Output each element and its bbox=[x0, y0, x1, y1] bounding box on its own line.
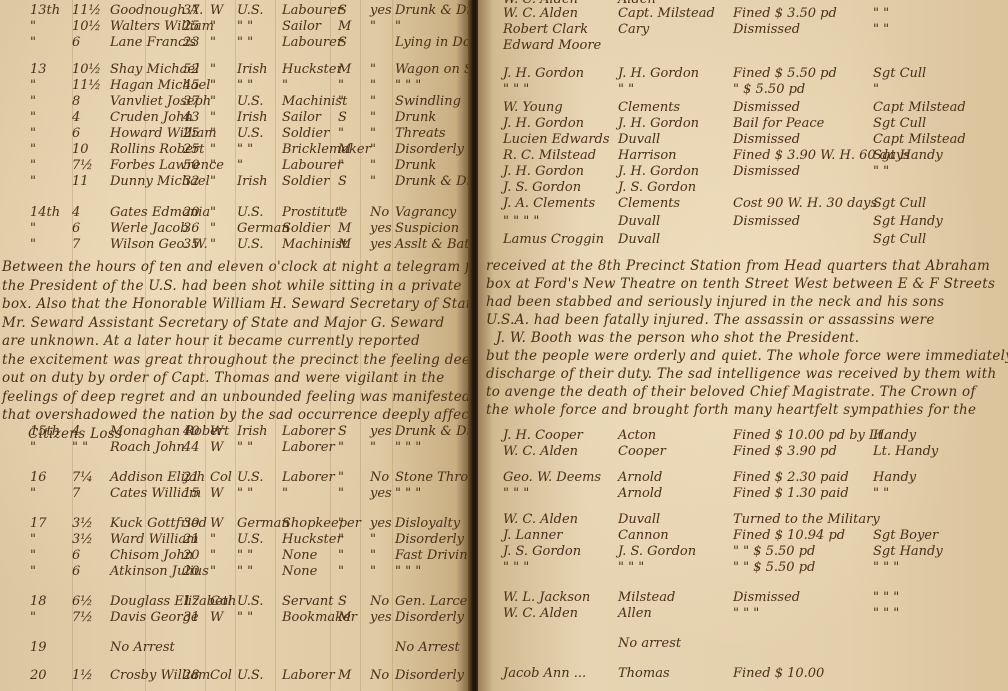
cell-occupation: Labourer bbox=[282, 35, 343, 50]
ledger-row: "8Vanvliet Joseph37"U.S.Machinist""Swind… bbox=[0, 94, 470, 109]
ledger-row: "6Werle Jacob36"GermanSoldierMyesSuspici… bbox=[0, 221, 470, 236]
cell-read: " bbox=[370, 142, 376, 157]
cell-occupation: Soldier bbox=[282, 174, 329, 189]
cell-day: " bbox=[30, 221, 36, 236]
cell-name: Howard William bbox=[110, 126, 217, 141]
cell-age: 45 bbox=[183, 78, 200, 93]
cell-time: 4 bbox=[72, 110, 80, 125]
cell-remarks: Sgt Handy bbox=[873, 214, 943, 229]
cell-charge: Drunk bbox=[395, 110, 436, 125]
ledger-row: " " "" "" $ 5.50 pd" bbox=[478, 82, 1008, 97]
cell-age: 31 bbox=[183, 610, 200, 625]
cell-time: 1½ bbox=[72, 668, 93, 683]
ledger-row: "7Cates William15W" """yes" " " bbox=[0, 486, 470, 501]
cell-remarks: Handy bbox=[873, 428, 916, 443]
cell-nativity: U.S. bbox=[237, 532, 263, 547]
cell-magistrate: " " " bbox=[618, 560, 644, 575]
cell-disposition: Bail for Peace bbox=[733, 116, 824, 131]
ledger-row: Lamus CrogginDuvallSgt Cull bbox=[478, 232, 1008, 247]
cell-nativity: " " bbox=[237, 564, 253, 579]
cell-day: " bbox=[30, 142, 36, 157]
cell-charge: Disorderly bbox=[395, 532, 464, 547]
cell-read: " bbox=[370, 440, 376, 455]
narrative-line: to avenge the death of their beloved Chi… bbox=[486, 383, 976, 402]
ledger-row: 173½Kuck Gottfried30WGermanShopkeeper"ye… bbox=[0, 516, 470, 531]
cell-nativity: " " bbox=[237, 142, 253, 157]
cell-age: 21 bbox=[183, 532, 200, 547]
cell-remarks: " " bbox=[873, 164, 889, 179]
cell-color: W bbox=[210, 424, 223, 439]
cell-magistrate: Duvall bbox=[618, 512, 660, 527]
cell-charge: Suspicion bbox=[395, 221, 459, 236]
ledger-row: "7Wilson Geo. W.35"U.S.MachinistMyesAssl… bbox=[0, 237, 470, 252]
ledger-row: " " "ArnoldFined $ 1.30 paid" " bbox=[478, 486, 1008, 501]
cell-married: S bbox=[338, 110, 347, 125]
ledger-row: J. S. GordonJ. S. Gordon" " $ 5.50 pdSgt… bbox=[478, 544, 1008, 559]
ledger-row: J. H. GordonJ. H. GordonFined $ 5.50 pdS… bbox=[478, 66, 1008, 81]
cell-married: " bbox=[338, 205, 344, 220]
cell-day: 16 bbox=[30, 470, 47, 485]
cell-remarks: " " bbox=[873, 6, 889, 21]
cell-officer: W. L. Jackson bbox=[503, 590, 590, 605]
cell-officer: " " " " bbox=[503, 214, 539, 229]
cell-occupation: Labourer bbox=[282, 158, 343, 173]
cell-charge: Disorderly bbox=[395, 610, 464, 625]
ledger-row: No arrest bbox=[478, 636, 1008, 651]
cell-nativity: U.S. bbox=[237, 668, 263, 683]
ledger-row: J. S. GordonJ. S. Gordon bbox=[478, 180, 1008, 195]
cell-remarks: Sgt Handy bbox=[873, 148, 943, 163]
cell-read: yes bbox=[370, 424, 392, 439]
cell-day: 19 bbox=[30, 640, 47, 655]
cell-magistrate: Milstead bbox=[618, 590, 675, 605]
cell-magistrate: " " bbox=[618, 82, 634, 97]
cell-age: 43 bbox=[183, 110, 200, 125]
cell-magistrate: Duvall bbox=[618, 132, 660, 147]
narrative-line: J. W. Booth was the person who shot the … bbox=[496, 329, 859, 348]
cell-age: 15 bbox=[183, 486, 200, 501]
cell-read: " bbox=[370, 174, 376, 189]
cell-occupation: Servant bbox=[282, 594, 334, 609]
cell-name: No Arrest bbox=[110, 640, 175, 655]
cell-officer: R. C. Milstead bbox=[503, 148, 596, 163]
cell-charge: Stone Throwing bbox=[395, 470, 470, 485]
cell-occupation: Laborer bbox=[282, 470, 335, 485]
cell-day: " bbox=[30, 78, 36, 93]
cell-age: 20 bbox=[183, 205, 200, 220]
cell-nativity: " " bbox=[237, 35, 253, 50]
cell-read: " bbox=[370, 564, 376, 579]
cell-color: Col bbox=[210, 594, 232, 609]
cell-occupation: Bricklemaker bbox=[282, 142, 371, 157]
ledger-row: 1310½Shay Michael52"IrishHucksterM"Wagon… bbox=[0, 62, 470, 77]
cell-officer: W. C. Alden bbox=[503, 606, 578, 621]
cell-disposition: " " " bbox=[733, 606, 759, 621]
cell-remarks: Sgt Handy bbox=[873, 544, 943, 559]
cell-magistrate: Cooper bbox=[618, 444, 666, 459]
cell-officer: Jacob Ann ... bbox=[503, 666, 586, 681]
cell-color: W bbox=[210, 610, 223, 625]
cell-disposition: Dismissed bbox=[733, 132, 800, 147]
cell-time: 8 bbox=[72, 94, 80, 109]
cell-occupation: None bbox=[282, 548, 317, 563]
cell-magistrate: Capt. Milstead bbox=[618, 6, 715, 21]
narrative-line: box. Also that the Honorable William H. … bbox=[2, 295, 470, 314]
cell-officer: W. C. Alden bbox=[503, 512, 578, 527]
cell-disposition: Fined $ 10.00 pd by Lt. bbox=[733, 428, 887, 443]
ledger-row: "10Rollins Robert25"" "BricklemakerM"Dis… bbox=[0, 142, 470, 157]
cell-name: Roach John bbox=[110, 440, 185, 455]
ledger-row: "6Lane Francis23"" "LabourerSLying in Do… bbox=[0, 35, 470, 50]
ledger-row: "10½Walters William25"" "SailorM"" bbox=[0, 19, 470, 34]
cell-nativity: " " bbox=[237, 19, 253, 34]
ledger-row: J. H. GordonJ. H. GordonBail for PeaceSg… bbox=[478, 116, 1008, 131]
cell-married: " bbox=[338, 78, 344, 93]
cell-age: 25 bbox=[183, 126, 200, 141]
cell-occupation: " bbox=[282, 78, 288, 93]
cell-day: " bbox=[30, 440, 36, 455]
ledger-row: J. A. ClementsClementsCost 90 W. H. 30 d… bbox=[478, 196, 1008, 211]
cell-officer: J. S. Gordon bbox=[503, 180, 581, 195]
cell-nativity: " bbox=[237, 158, 243, 173]
ledger-row: R. C. MilsteadHarrisonFined $ 3.90 W. H.… bbox=[478, 148, 1008, 163]
ledger-row: W. C. AldenAllen" " "" " " bbox=[478, 606, 1008, 621]
ledger-row: W. C. AldenCooperFined $ 3.90 pdLt. Hand… bbox=[478, 444, 1008, 459]
cell-day: " bbox=[30, 532, 36, 547]
cell-read: No bbox=[370, 668, 389, 683]
ledger-row: 15th4Monaghan Robert40WIrishLaborerSyesD… bbox=[0, 424, 470, 439]
cell-day: " bbox=[30, 126, 36, 141]
cell-read: No bbox=[370, 594, 389, 609]
cell-age: 30 bbox=[183, 516, 200, 531]
ledger-row: 19No ArrestNo Arrest bbox=[0, 640, 470, 655]
cell-name: Cruden John bbox=[110, 110, 193, 125]
cell-age: 28 bbox=[183, 668, 200, 683]
cell-nativity: " " bbox=[237, 548, 253, 563]
cell-age: 36 bbox=[183, 221, 200, 236]
ledger-row: 201½Crosby William28ColU.S.LaborerMNoDis… bbox=[0, 668, 470, 683]
cell-color: " bbox=[210, 78, 216, 93]
cell-officer: Robert Clark bbox=[503, 22, 588, 37]
cell-remarks: " " " bbox=[873, 560, 899, 575]
cell-disposition: Dismissed bbox=[733, 590, 800, 605]
cell-magistrate: Clements bbox=[618, 196, 680, 211]
cell-charge: Vagrancy bbox=[395, 205, 456, 220]
cell-officer: J. Lanner bbox=[503, 528, 563, 543]
cell-officer: W. C. Alden bbox=[503, 444, 578, 459]
cell-day: 20 bbox=[30, 668, 47, 683]
cell-age: 35 bbox=[183, 237, 200, 252]
cell-read: " bbox=[370, 62, 376, 77]
cell-time: 4 bbox=[72, 424, 80, 439]
ledger-row: J. H. GordonJ. H. GordonDismissed" " bbox=[478, 164, 1008, 179]
cell-day: 17 bbox=[30, 516, 47, 531]
narrative-line: U.S.A. had been fatally injured. The ass… bbox=[486, 311, 935, 330]
cell-occupation: Laborer bbox=[282, 668, 335, 683]
cell-charge: No Arrest bbox=[395, 640, 460, 655]
cell-remarks: " bbox=[873, 82, 879, 97]
cell-read: " bbox=[370, 126, 376, 141]
ledger-row: "6Chisom John20"" "None""Fast Driving bbox=[0, 548, 470, 563]
cell-color: Col bbox=[210, 470, 232, 485]
cell-read: yes bbox=[370, 486, 392, 501]
cell-remarks: Sgt Cull bbox=[873, 116, 926, 131]
cell-read: No bbox=[370, 470, 389, 485]
cell-nativity: U.S. bbox=[237, 94, 263, 109]
cell-magistrate: J. H. Gordon bbox=[618, 116, 699, 131]
cell-nativity: " " bbox=[237, 610, 253, 625]
cell-read: " bbox=[370, 19, 376, 34]
cell-occupation: Sailor bbox=[282, 110, 321, 125]
cell-occupation: " bbox=[282, 486, 288, 501]
cell-time: 3½ bbox=[72, 532, 93, 547]
cell-nativity: U.S. bbox=[237, 594, 263, 609]
cell-charge: Drunk bbox=[395, 158, 436, 173]
cell-married: M bbox=[338, 610, 351, 625]
cell-married: " bbox=[338, 532, 344, 547]
cell-married: " bbox=[338, 516, 344, 531]
cell-occupation: Laborer bbox=[282, 424, 335, 439]
cell-magistrate: No arrest bbox=[618, 636, 681, 651]
cell-time: 3½ bbox=[72, 516, 93, 531]
cell-read: " bbox=[370, 110, 376, 125]
cell-remarks: Sgt Boyer bbox=[873, 528, 938, 543]
cell-officer: J. H. Cooper bbox=[503, 428, 583, 443]
cell-remarks: Sgt Cull bbox=[873, 196, 926, 211]
narrative-line: received at the 8th Precinct Station fro… bbox=[486, 257, 990, 276]
cell-color: Col bbox=[210, 668, 232, 683]
cell-magistrate: Arnold bbox=[618, 486, 662, 501]
ledger-row: "6Howard William25"U.S.Soldier""Threats bbox=[0, 126, 470, 141]
cell-married: " bbox=[338, 94, 344, 109]
cell-magistrate: J. S. Gordon bbox=[618, 180, 696, 195]
cell-nativity: Irish bbox=[237, 62, 268, 77]
cell-charge: " " " bbox=[395, 440, 421, 455]
cell-time: 10½ bbox=[72, 19, 101, 34]
cell-magistrate: Duvall bbox=[618, 214, 660, 229]
cell-magistrate: J. H. Gordon bbox=[618, 66, 699, 81]
ledger-row: W. C. AldenCapt. MilsteadFined $ 3.50 pd… bbox=[478, 6, 1008, 21]
ledger-row: 167¼Addison Elijah21ColU.S.Laborer"NoSto… bbox=[0, 470, 470, 485]
cell-magistrate: Duvall bbox=[618, 232, 660, 247]
narrative-line: Between the hours of ten and eleven o'cl… bbox=[2, 258, 470, 277]
cell-day: " bbox=[30, 35, 36, 50]
cell-color: W bbox=[210, 3, 223, 18]
ledger-row: "3½Ward William21"U.S.Huckster""Disorder… bbox=[0, 532, 470, 547]
cell-disposition: Fined $ 3.50 pd bbox=[733, 6, 837, 21]
cell-name: Forbes Lawrence bbox=[110, 158, 224, 173]
left-ledger-page: 13th11½Goodnough A.37WU.S.LabourerSyesDr… bbox=[0, 0, 470, 691]
ledger-row: "4Cruden John43"IrishSailorS"Drunk bbox=[0, 110, 470, 125]
cell-nativity: " " bbox=[237, 440, 253, 455]
cell-disposition: Fined $ 10.94 pd bbox=[733, 528, 845, 543]
cell-read: " bbox=[370, 548, 376, 563]
cell-disposition: " " $ 5.50 pd bbox=[733, 544, 815, 559]
cell-color: " bbox=[210, 110, 216, 125]
cell-disposition: Cost 90 W. H. 30 days bbox=[733, 196, 877, 211]
cell-age: 50 bbox=[183, 158, 200, 173]
cell-color: " bbox=[210, 126, 216, 141]
cell-day: " bbox=[30, 610, 36, 625]
cell-nativity: U.S. bbox=[237, 470, 263, 485]
cell-time: 11½ bbox=[72, 78, 101, 93]
cell-time: 7½ bbox=[72, 158, 93, 173]
cell-married: S bbox=[338, 174, 347, 189]
cell-read: yes bbox=[370, 3, 392, 18]
cell-day: " bbox=[30, 237, 36, 252]
cell-officer: J. A. Clements bbox=[503, 196, 595, 211]
cell-name: Werle Jacob bbox=[110, 221, 189, 236]
cell-age: 25 bbox=[183, 142, 200, 157]
cell-color: " bbox=[210, 205, 216, 220]
cell-nativity: " " bbox=[237, 78, 253, 93]
cell-officer: J. H. Gordon bbox=[503, 116, 584, 131]
cell-day: 13th bbox=[30, 3, 60, 18]
cell-charge: Fast Driving bbox=[395, 548, 470, 563]
cell-day: " bbox=[30, 19, 36, 34]
ledger-row: J. H. CooperActonFined $ 10.00 pd by Lt.… bbox=[478, 428, 1008, 443]
cell-read: yes bbox=[370, 610, 392, 625]
cell-read: " bbox=[370, 532, 376, 547]
cell-magistrate: Cary bbox=[618, 22, 649, 37]
ledger-row: "" "Roach John44W" "Laborer""" " " bbox=[0, 440, 470, 455]
cell-color: W bbox=[210, 440, 223, 455]
cell-day: 13 bbox=[30, 62, 47, 77]
cell-magistrate: Clements bbox=[618, 100, 680, 115]
cell-married: S bbox=[338, 35, 347, 50]
cell-time: 11 bbox=[72, 174, 89, 189]
cell-color: " bbox=[210, 19, 216, 34]
cell-time: 10½ bbox=[72, 62, 101, 77]
cell-disposition: Dismissed bbox=[733, 214, 800, 229]
cell-time: 6 bbox=[72, 221, 80, 236]
cell-charge: Gen. Larceny bbox=[395, 594, 470, 609]
cell-charge: Swindling bbox=[395, 94, 461, 109]
ledger-row: W. L. JacksonMilsteadDismissed" " " bbox=[478, 590, 1008, 605]
right-ledger-page: W. C. AldenAldenW. C. AldenCapt. Milstea… bbox=[478, 0, 1008, 691]
narrative-line: discharge of their duty. The sad intelli… bbox=[486, 365, 997, 384]
cell-married: " bbox=[338, 440, 344, 455]
cell-color: " bbox=[210, 35, 216, 50]
cell-time: 11½ bbox=[72, 3, 101, 18]
cell-nativity: U.S. bbox=[237, 237, 263, 252]
cell-age: 32 bbox=[183, 174, 200, 189]
cell-magistrate: J. H. Gordon bbox=[618, 164, 699, 179]
cell-nativity: U.S. bbox=[237, 126, 263, 141]
narrative-line: are unknown. At a later hour it became c… bbox=[2, 332, 420, 351]
cell-color: " bbox=[210, 532, 216, 547]
cell-married: M bbox=[338, 62, 351, 77]
cell-time: 6 bbox=[72, 548, 80, 563]
ledger-row: 14th4Gates Edmonia20"U.S.Prostitute"NoVa… bbox=[0, 205, 470, 220]
cell-remarks: " " " bbox=[873, 590, 899, 605]
narrative-line: box at Ford's New Theatre on tenth Stree… bbox=[486, 275, 995, 294]
cell-disposition: Fined $ 2.30 paid bbox=[733, 470, 849, 485]
cell-magistrate: Arnold bbox=[618, 470, 662, 485]
cell-officer: W. C. Alden bbox=[503, 6, 578, 21]
cell-color: " bbox=[210, 62, 216, 77]
cell-age: 25 bbox=[183, 19, 200, 34]
cell-charge: " " " bbox=[395, 564, 421, 579]
cell-nativity: U.S. bbox=[237, 3, 263, 18]
cell-remarks: Sgt Cull bbox=[873, 66, 926, 81]
cell-read: yes bbox=[370, 221, 392, 236]
cell-magistrate: J. S. Gordon bbox=[618, 544, 696, 559]
cell-time: 6 bbox=[72, 564, 80, 579]
ledger-row: W. C. AldenDuvallTurned to the Military bbox=[478, 512, 1008, 527]
cell-color: " bbox=[210, 237, 216, 252]
ledger-row: "11Dunny Michael32"IrishSoldierS"Drunk &… bbox=[0, 174, 470, 189]
ledger-row: W. YoungClementsDismissedCapt Milstead bbox=[478, 100, 1008, 115]
narrative-line: the whole force and brought forth many h… bbox=[486, 401, 976, 420]
cell-read: yes bbox=[370, 516, 392, 531]
cell-time: 6 bbox=[72, 126, 80, 141]
ledger-row: Geo. W. DeemsArnoldFined $ 2.30 paidHand… bbox=[478, 470, 1008, 485]
cell-time: 7 bbox=[72, 237, 80, 252]
cell-read: " bbox=[370, 158, 376, 173]
cell-day: 18 bbox=[30, 594, 47, 609]
cell-remarks: Lt. Handy bbox=[873, 444, 938, 459]
ledger-row: Edward Moore bbox=[478, 38, 1008, 53]
cell-magistrate: Cannon bbox=[618, 528, 669, 543]
cell-color: W bbox=[210, 486, 223, 501]
cell-day: " bbox=[30, 174, 36, 189]
cell-married: S bbox=[338, 424, 347, 439]
cell-occupation: None bbox=[282, 564, 317, 579]
ledger-row: "7½Davis George31W" "BookmakerMyesDisord… bbox=[0, 610, 470, 625]
cell-charge: " bbox=[395, 19, 401, 34]
cell-occupation: Labourer bbox=[282, 3, 343, 18]
cell-disposition: Fined $ 1.30 paid bbox=[733, 486, 849, 501]
cell-charge: Wagon on Sidewalk bbox=[395, 62, 470, 77]
cell-color: " bbox=[210, 548, 216, 563]
cell-time: 10 bbox=[72, 142, 89, 157]
cell-occupation: Soldier bbox=[282, 221, 329, 236]
cell-day: " bbox=[30, 94, 36, 109]
cell-occupation: Huckster bbox=[282, 62, 343, 77]
narrative-line: out on duty by order of Capt. Thomas and… bbox=[2, 369, 445, 388]
cell-married: " bbox=[338, 486, 344, 501]
cell-charge: Threats bbox=[395, 126, 446, 141]
cell-charge: Asslt & Battery bbox=[395, 237, 470, 252]
cell-officer: Lamus Croggin bbox=[503, 232, 604, 247]
cell-charge: Disorderly bbox=[395, 668, 464, 683]
cell-charge: Drunk & Disy bbox=[395, 424, 470, 439]
ledger-row: Lucien EdwardsDuvallDismissedCapt Milste… bbox=[478, 132, 1008, 147]
narrative-line: the excitement was great throughout the … bbox=[2, 351, 470, 370]
ledger-row: "7½Forbes Lawrence50""Labourer""Drunk bbox=[0, 158, 470, 173]
narrative-line: had been stabbed and seriously injured i… bbox=[486, 293, 944, 312]
cell-nativity: U.S. bbox=[237, 205, 263, 220]
cell-officer: Edward Moore bbox=[503, 38, 601, 53]
cell-day: " bbox=[30, 564, 36, 579]
cell-officer: Geo. W. Deems bbox=[503, 470, 601, 485]
cell-remarks: Capt Milstead bbox=[873, 100, 966, 115]
cell-color: W bbox=[210, 516, 223, 531]
ledger-row: " " "" " "" " $ 5.50 pd" " " bbox=[478, 560, 1008, 575]
cell-age: 52 bbox=[183, 62, 200, 77]
cell-disposition: Fined $ 5.50 pd bbox=[733, 66, 837, 81]
cell-day: " bbox=[30, 110, 36, 125]
cell-color: " bbox=[210, 158, 216, 173]
cell-day: " bbox=[30, 158, 36, 173]
cell-nativity: Irish bbox=[237, 174, 268, 189]
cell-age: 20 bbox=[183, 564, 200, 579]
cell-charge: Drunk & Disy bbox=[395, 174, 470, 189]
cell-married: S bbox=[338, 594, 347, 609]
cell-remarks: Sgt Cull bbox=[873, 232, 926, 247]
cell-time: 7 bbox=[72, 486, 80, 501]
